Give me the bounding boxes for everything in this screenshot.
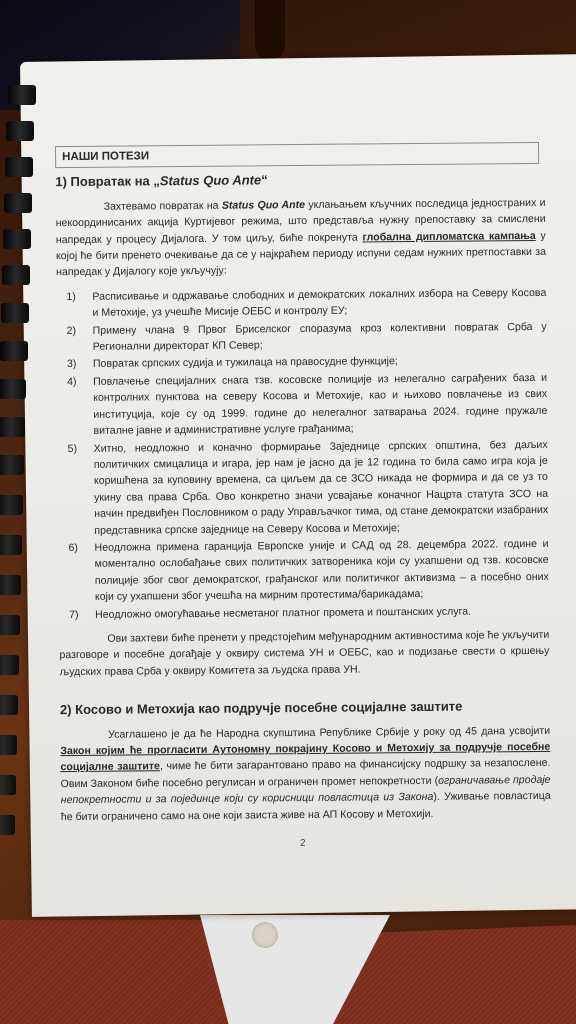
- section1-intro: Захтевамо повратак на Status Quo Ante ук…: [55, 195, 546, 281]
- list-item: 1)Расписивање и одржавање слободних и де…: [92, 285, 546, 322]
- list-item: 7)Неодложно омогућавање несметаног платн…: [95, 602, 549, 622]
- list-item: 5)Хитно, неодложно и коначно формирање З…: [94, 436, 549, 538]
- background-bottle: [255, 0, 285, 60]
- section2-heading: 2) Косово и Метохија као подручје посебн…: [60, 698, 550, 719]
- document-body: НАШИ ПОТЕЗИ 1) Повратак на „Status Quo A…: [55, 142, 551, 833]
- list-item: 6)Неодложна примена гаранција Европске у…: [94, 536, 549, 606]
- section-box-title: НАШИ ПОТЕЗИ: [55, 142, 539, 169]
- shirt-fabric-left: [0, 920, 230, 1024]
- shirt-button: [252, 922, 278, 948]
- section1-closing: Ови захтеви биће пренети у предстојећим …: [59, 627, 549, 680]
- demands-list: 1)Расписивање и одржавање слободних и де…: [56, 285, 549, 623]
- spiral-binding: [0, 85, 40, 845]
- section1-heading: 1) Повратак на „Status Quo Ante“: [55, 170, 545, 191]
- list-item: 2)Примену члана 9 Првог Бриселског спора…: [93, 319, 547, 356]
- section2-paragraph: Усаглашено је да ће Народна скупштина Ре…: [60, 722, 551, 825]
- page-number: 2: [300, 838, 306, 849]
- list-item: 4)Повлачење специјалних снага тзв. косов…: [93, 370, 548, 440]
